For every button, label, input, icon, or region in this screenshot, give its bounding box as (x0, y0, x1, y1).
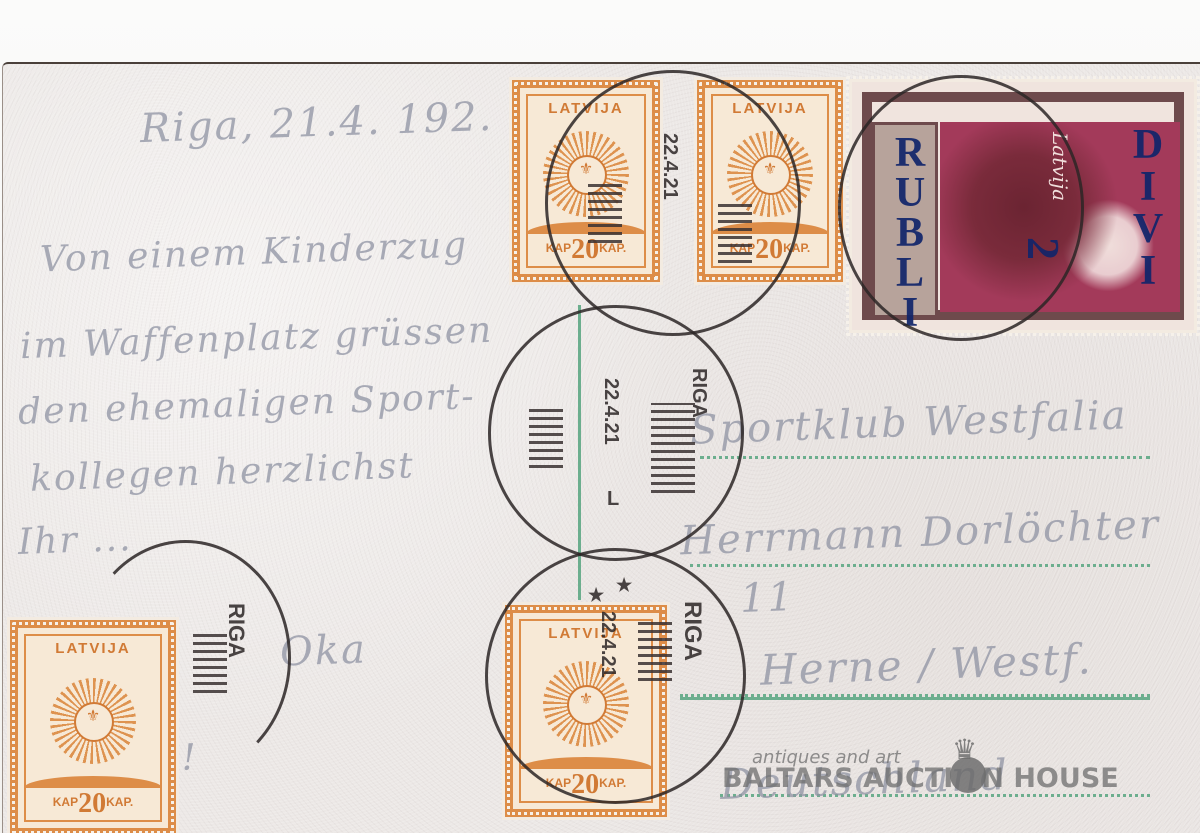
postmark-suffix: L (607, 488, 619, 511)
postmark-date: 22.4.21 (658, 133, 681, 200)
postmark-riga: 22.4.21 (545, 70, 801, 336)
postmark-bars (588, 183, 622, 243)
handwritten-address-line: Deutschland (719, 750, 1010, 809)
postmark-star-icon: ★ (588, 585, 604, 606)
address-line (700, 456, 1150, 459)
postmark-bars (718, 203, 752, 263)
postmark-star-icon: ★ (616, 575, 632, 596)
postmark-riga: RIGA (80, 540, 291, 776)
postmark-bars (651, 403, 695, 493)
postmark-bars (193, 633, 227, 693)
postmark-date: 22.4.21 (596, 611, 619, 678)
emblem-icon: ⚜ (578, 161, 594, 177)
postmark-bars (638, 621, 672, 681)
stamp-value-number: 20 (78, 788, 106, 819)
address-line (680, 697, 1150, 700)
overprint-divi: DIVI (1112, 122, 1172, 272)
handwritten-signature: Oka (279, 626, 367, 675)
stamp-value: KAP20KAP. (18, 788, 168, 820)
stamp-unit: KAP (53, 795, 78, 809)
emblem-icon: ⚜ (85, 708, 101, 724)
postmark-riga: ★ ★ RIGA 22.4.21 (485, 548, 746, 804)
postmark-riga: 22.4.21 L RIGA (488, 305, 744, 561)
postmark-riga (838, 75, 1084, 341)
stamp-unit: KAP. (106, 795, 133, 809)
emblem-icon: ⚜ (762, 161, 778, 177)
postmark-date: 22.4.21 (599, 378, 622, 445)
postmark-city: RIGA (678, 601, 706, 661)
emblem-icon: ⚜ (578, 691, 594, 707)
address-line (690, 564, 1150, 567)
handwritten-address-line: 11 (739, 574, 795, 622)
handwritten-message-line: Ihr ... (17, 518, 133, 563)
postmark-bars (529, 408, 563, 468)
